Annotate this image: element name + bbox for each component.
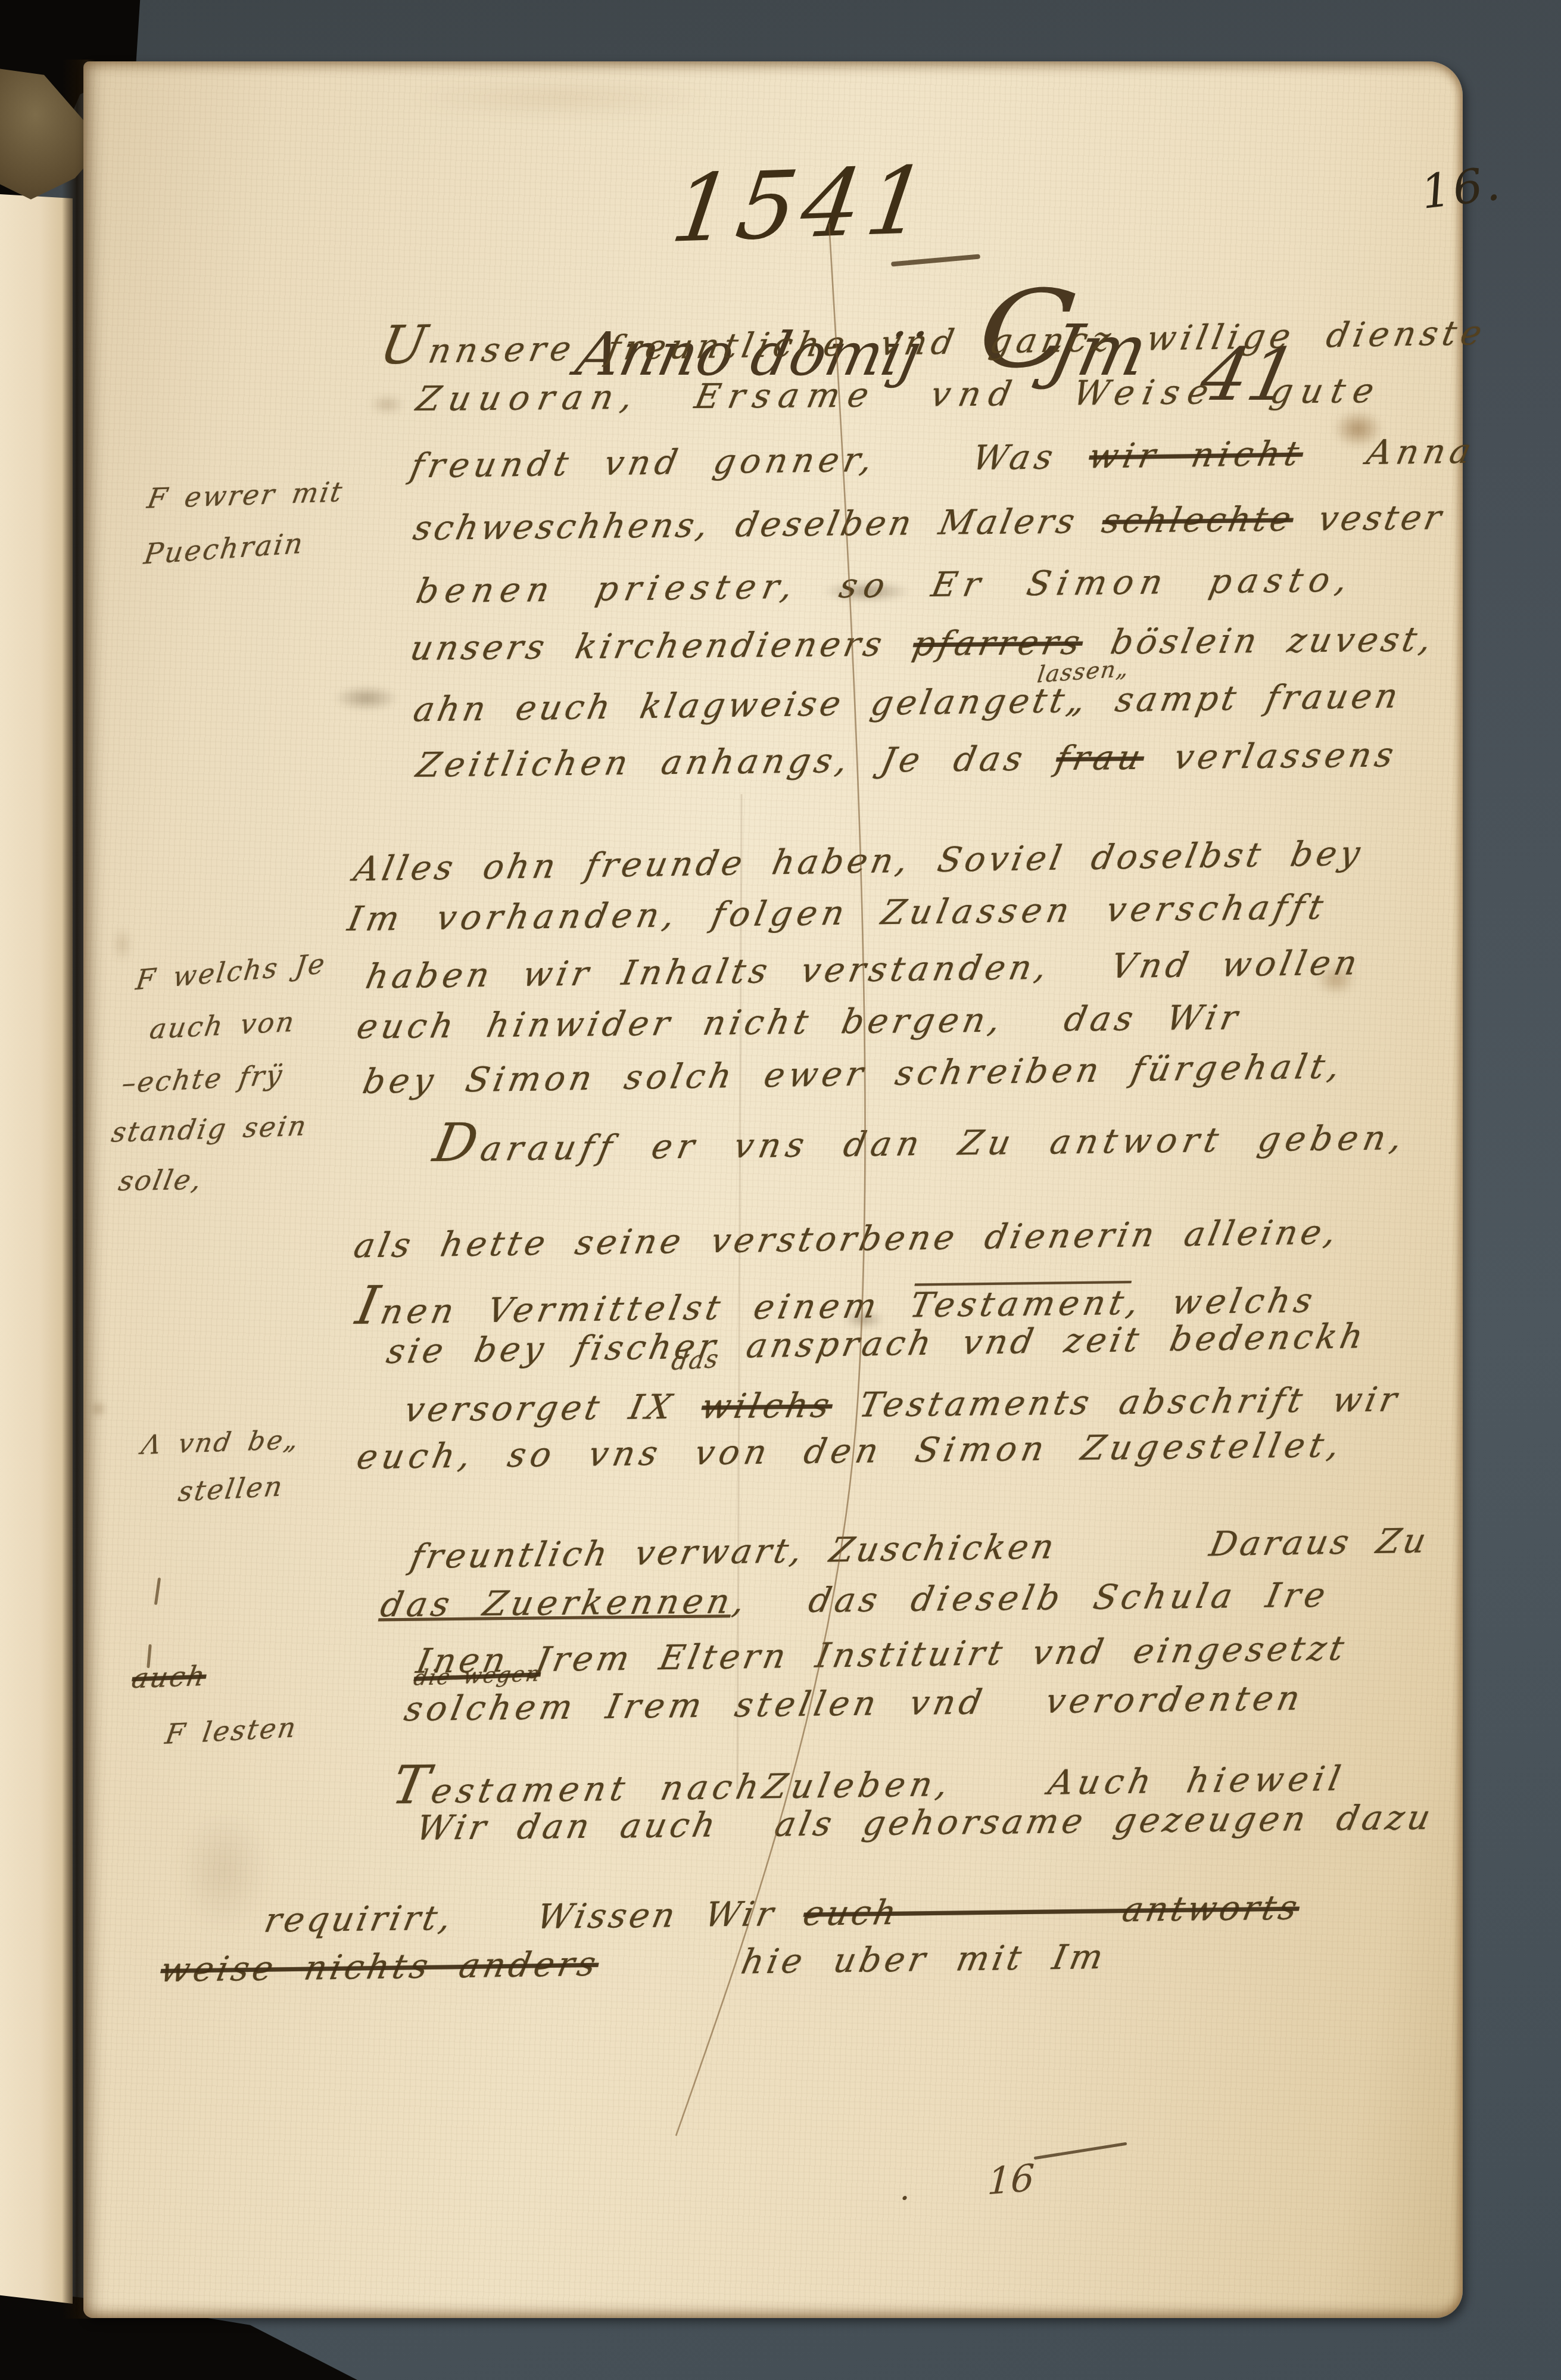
text-line: unsers kirchendieners pfarrers böslein z… bbox=[411, 623, 1435, 666]
text-line-text: weise nichts anders hie uber mit Im bbox=[157, 1940, 1109, 1987]
margin-note: –echte frÿ bbox=[121, 1061, 284, 1097]
struck-text: wilchs bbox=[698, 1386, 836, 1426]
text-line-text: ahn euch klagweise gelangett„ sampt frau… bbox=[410, 679, 1404, 727]
margin-note-text: F ewrer mit bbox=[145, 478, 346, 512]
text-line: Im vorhanden, folgen Zulassen verschafft bbox=[348, 891, 1328, 937]
manuscript-page: 16. 1541 Anno domijCJm41 ·16 Unnsere fre… bbox=[83, 61, 1463, 2318]
handwritten-text: Λ vnd be„ bbox=[139, 1424, 303, 1461]
manuscript-scan-stage: 16. 1541 Anno domijCJm41 ·16 Unnsere fre… bbox=[0, 0, 1561, 2380]
year-underline-flourish bbox=[891, 254, 980, 266]
text-line: euch, so vns von den Simon Zugestellet, bbox=[357, 1429, 1344, 1474]
paper-stain bbox=[405, 79, 715, 117]
handwritten-text: auch von bbox=[148, 1005, 298, 1045]
handwritten-text: haben wir Inhalts verstanden, Vnd wollen bbox=[363, 943, 1364, 996]
text-line: Alles ohn freunde haben, Soviel doselbst… bbox=[354, 837, 1363, 887]
margin-note-text: F welchs Je bbox=[135, 950, 328, 994]
handwritten-text: freundt vnd gonner, Was bbox=[407, 437, 1093, 486]
text-line: Zuuoran, Ersame vnd Weise gute bbox=[417, 374, 1382, 416]
handwritten-text: hie uber mit Im bbox=[595, 1937, 1110, 1984]
text-line-text: freundt vnd gonner, Was wir nicht Anna bbox=[407, 434, 1478, 483]
handwritten-text: bey Simon solch ewer schreiben fürgehalt… bbox=[360, 1047, 1347, 1102]
interlinear-insertion: die wegen bbox=[413, 1663, 541, 1689]
handwritten-text: das bbox=[669, 1344, 721, 1376]
handwritten-text: –echte frÿ bbox=[120, 1059, 286, 1100]
text-line-text: requirirt, Wissen Wir euch antworts bbox=[261, 1891, 1303, 1937]
text-line-text: haben wir Inhalts verstanden, Vnd wollen bbox=[363, 946, 1364, 994]
year-heading-text: 1541 bbox=[665, 146, 939, 263]
margin-note: Puechrain bbox=[144, 530, 306, 569]
text-line-text: Darauff er vns dan Zu antwort geben, bbox=[429, 1105, 1413, 1170]
text-line-text: Zuuoran, Ersame vnd Weise gute bbox=[413, 374, 1385, 416]
handwritten-text: unsers kirchendieners bbox=[407, 624, 917, 668]
margin-note: standig sein bbox=[111, 1112, 308, 1146]
text-line: das Zuerkennen, das dieselb Schula Ire bbox=[381, 1579, 1329, 1623]
margin-note-text: auch von bbox=[148, 1007, 297, 1043]
text-line: als hette seine verstorbene dienerin all… bbox=[354, 1215, 1339, 1263]
page-number: 16. bbox=[1418, 157, 1505, 220]
interlinear-insertion-text: die wegen bbox=[412, 1663, 543, 1690]
text-line-text: freuntlich verwart, Zuschicken Daraus Zu bbox=[407, 1524, 1431, 1574]
handwritten-text: freuntlich verwart, Zuschicken Daraus Zu bbox=[407, 1521, 1432, 1576]
margin-note-text: Λ vnd be„ bbox=[139, 1427, 302, 1459]
margin-note-text: stellen bbox=[176, 1472, 286, 1505]
text-line: requirirt, Wissen Wir euch antworts bbox=[265, 1891, 1300, 1937]
handwritten-text: solle, bbox=[116, 1163, 206, 1197]
text-line-text: als hette seine verstorbene dienerin all… bbox=[351, 1215, 1342, 1263]
margin-note: F welchs Je bbox=[135, 950, 328, 994]
text-line-text: Im vorhanden, folgen Zulassen verschafft bbox=[345, 891, 1331, 937]
handwritten-text: stellen bbox=[176, 1470, 286, 1508]
text-line: Unnsere freuntliche vnd gancz willige di… bbox=[381, 300, 1487, 372]
struck-text: frau bbox=[1052, 738, 1148, 779]
handwritten-text: standig sein bbox=[109, 1109, 310, 1149]
handwritten-text: F lesten bbox=[163, 1711, 300, 1750]
handwritten-text: als hette seine verstorbene dienerin all… bbox=[351, 1212, 1343, 1265]
handwritten-text: euch hinwider nicht bergen, das Wir bbox=[353, 998, 1245, 1047]
handwritten-text: Im vorhanden, folgen Zulassen verschafft bbox=[345, 888, 1332, 939]
folio-swash bbox=[1034, 2142, 1127, 2160]
margin-note: solle, bbox=[119, 1166, 203, 1194]
handwritten-text: Testaments abschrift wir bbox=[828, 1380, 1404, 1425]
text-line-text: versorget IX wilchs Testaments abschrift… bbox=[401, 1383, 1403, 1427]
text-line: euch hinwider nicht bergen, das Wir bbox=[357, 1001, 1241, 1044]
text-line-text: schweschhens, deselben Malers schlechte … bbox=[410, 501, 1447, 546]
struck-text: weise nichts anders bbox=[157, 1945, 603, 1990]
margin-note: auch von bbox=[149, 1008, 296, 1043]
handwritten-text: böslein zuvest, bbox=[1079, 620, 1438, 662]
margin-note: stellen bbox=[178, 1472, 285, 1505]
handwritten-text: schweschhens, deselben Malers bbox=[410, 502, 1107, 548]
text-line-text: unsers kirchendieners pfarrers böslein z… bbox=[407, 623, 1438, 665]
handwritten-text: benen priester, so Er Simon pasto, bbox=[413, 560, 1358, 611]
margin-note: F lesten bbox=[165, 1713, 298, 1748]
text-line: weise nichts anders hie uber mit Im bbox=[161, 1940, 1106, 1987]
text-line-text: Inen Jrem Eltern Instituirt vnd eingeset… bbox=[413, 1632, 1350, 1679]
text-line: versorget IX wilchs Testaments abschrift… bbox=[405, 1383, 1400, 1427]
margin-note: auch bbox=[132, 1662, 207, 1692]
interlinear-insertion: lassen„ bbox=[1037, 657, 1130, 686]
handwritten-text: F welchs Je bbox=[134, 947, 328, 997]
handwritten-text: Darauff er vns dan Zu antwort geben, bbox=[429, 1118, 1411, 1169]
text-line: benen priester, so Er Simon pasto, bbox=[417, 563, 1354, 608]
text-line: freuntlich verwart, Zuschicken Daraus Zu bbox=[411, 1525, 1429, 1575]
handwritten-text: F ewrer mit bbox=[145, 475, 346, 515]
text-line-text: Alles ohn freunde haben, Soviel doselbst… bbox=[351, 837, 1366, 887]
text-line: Darauff er vns dan Zu antwort geben, bbox=[435, 1105, 1409, 1169]
folio-mark: ·16 bbox=[881, 2146, 1035, 2213]
text-line: freundt vnd gonner, Was wir nicht Anna bbox=[411, 435, 1475, 484]
handwritten-text: Alles ohn freunde haben, Soviel doselbst… bbox=[351, 834, 1367, 889]
handwritten-text: requirirt, Wissen Wir bbox=[261, 1894, 808, 1940]
struck-text: auch bbox=[129, 1660, 209, 1695]
margin-note-text: Puechrain bbox=[142, 529, 306, 568]
interlinear-insertion: das bbox=[671, 1346, 720, 1374]
struck-text: euch antworts bbox=[800, 1888, 1303, 1933]
margin-note: F ewrer mit bbox=[147, 478, 344, 512]
margin-note-text: solle, bbox=[117, 1166, 206, 1195]
struck-text: die wegen bbox=[412, 1662, 543, 1691]
margin-note-text: –echte frÿ bbox=[120, 1061, 286, 1097]
text-line-text: solchem Irem stellen vnd verordenten bbox=[401, 1682, 1307, 1727]
struck-text: schlechte bbox=[1099, 500, 1297, 541]
handwritten-text: das Zuerkennen bbox=[377, 1582, 737, 1625]
text-line-text: benen priester, so Er Simon pasto, bbox=[413, 563, 1357, 608]
margin-note: Λ vnd be„ bbox=[141, 1427, 300, 1458]
handwritten-text: verlassens bbox=[1140, 735, 1401, 777]
handwritten-text: Zeitlichen anhangs, Je das bbox=[413, 739, 1060, 785]
stray-quill-mark bbox=[154, 1578, 161, 1605]
paper-stain bbox=[369, 394, 405, 415]
paper-stain bbox=[89, 1400, 107, 1418]
text-line: ahn euch klagweise gelangett„ sampt frau… bbox=[414, 679, 1401, 727]
margin-note-text: F lesten bbox=[163, 1713, 299, 1748]
text-line: bey Simon solch ewer schreiben fürgehalt… bbox=[363, 1050, 1344, 1099]
handwritten-text: versorget IX bbox=[401, 1387, 706, 1429]
struck-text: wir nicht bbox=[1085, 434, 1307, 476]
handwritten-text: euch, so vns von den Simon Zugestellet, bbox=[354, 1426, 1348, 1477]
margin-note-text: standig sein bbox=[110, 1112, 310, 1146]
text-line: solchem Irem stellen vnd verordenten bbox=[405, 1682, 1304, 1726]
interlinear-insertion-text: lassen„ bbox=[1036, 657, 1130, 686]
text-line-text: bey Simon solch ewer schreiben fürgehalt… bbox=[360, 1050, 1347, 1099]
text-line: Inen Jrem Eltern Instituirt vnd eingeset… bbox=[417, 1632, 1347, 1679]
text-line: Wir dan auch als gehorsame gezeugen dazu bbox=[417, 1801, 1434, 1846]
handwritten-text: Inen Jrem Eltern Instituirt vnd eingeset… bbox=[413, 1629, 1351, 1681]
handwritten-text: Puechrain bbox=[142, 527, 306, 571]
text-line-text: das Zuerkennen, das dieselb Schula Ire bbox=[378, 1579, 1332, 1623]
handwritten-text: Anna bbox=[1299, 431, 1479, 473]
text-line: Zeitlichen anhangs, Je das frau verlasse… bbox=[417, 738, 1397, 782]
margin-note-text: auch bbox=[130, 1662, 209, 1693]
folio-dot: · bbox=[900, 2179, 910, 2217]
handwritten-text: , welchs bbox=[1123, 1281, 1320, 1323]
year-heading: 1541 bbox=[671, 146, 934, 263]
text-line: haben wir Inhalts verstanden, Vnd wollen bbox=[366, 946, 1361, 994]
paper-stain bbox=[112, 926, 132, 962]
text-line-text: Wir dan auch als gehorsame gezeugen dazu bbox=[413, 1801, 1437, 1846]
text-line-text: euch hinwider nicht bergen, das Wir bbox=[354, 1001, 1244, 1044]
handwritten-text: Testament bbox=[906, 1283, 1131, 1326]
handwritten-text: vester bbox=[1289, 498, 1448, 539]
text-line-text: euch, so vns von den Simon Zugestellet, bbox=[354, 1429, 1347, 1474]
text-line: schweschhens, deselben Malers schlechte … bbox=[414, 501, 1444, 546]
interlinear-insertion-text: das bbox=[670, 1346, 721, 1374]
folio-number: 16 bbox=[986, 2155, 1035, 2203]
text-line-text: Unnsere freuntliche vnd gancz willige di… bbox=[376, 300, 1493, 372]
handwritten-text: ahn euch klagweise gelangett„ sampt frau… bbox=[410, 676, 1405, 729]
paper-stain bbox=[334, 685, 399, 711]
struck-text: pfarrers bbox=[909, 623, 1087, 664]
paper-stain bbox=[179, 1811, 268, 1930]
text-line-text: Zeitlichen anhangs, Je das frau verlasse… bbox=[413, 738, 1400, 782]
handwritten-text: , das dieselb Schula Ire bbox=[730, 1576, 1333, 1622]
